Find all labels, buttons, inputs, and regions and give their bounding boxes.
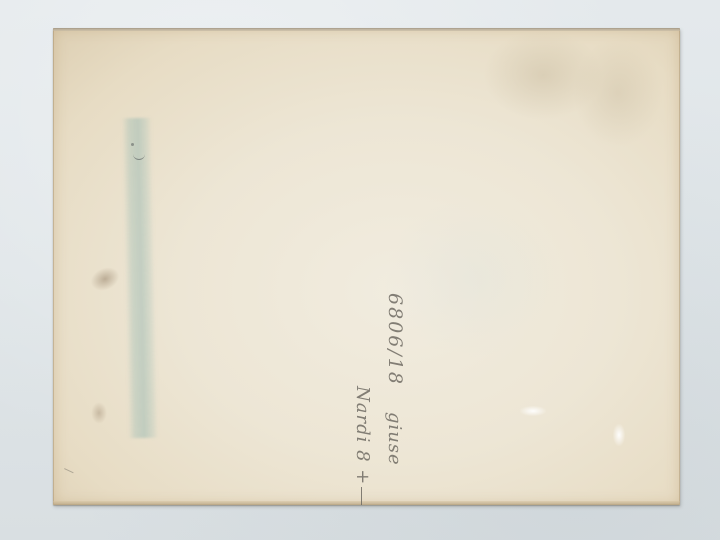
pencil-dash: [362, 487, 363, 505]
foxing-stain: [483, 30, 603, 120]
faded-area: [383, 198, 563, 358]
name-text: Nardi: [352, 386, 373, 443]
reference-number: 6806/18: [384, 293, 406, 386]
card-top-edge: [53, 28, 680, 31]
pencil-tick-mark: [62, 468, 73, 477]
handwritten-reference: 6806/18giuse: [384, 293, 406, 466]
light-glare: [520, 406, 546, 416]
light-glare: [613, 424, 625, 446]
smudge-stain: [91, 402, 107, 424]
pencil-dot: [131, 143, 134, 146]
foxing-stain: [573, 38, 663, 148]
smudge-stain: [87, 263, 123, 296]
handwritten-word: giuse: [384, 412, 405, 466]
card-back: 6806/18giuse Nardi 8 +: [53, 28, 680, 505]
adhesive-residue-strip: [122, 118, 159, 439]
mark-text: 8 +: [352, 450, 373, 485]
handwritten-name: Nardi 8 +: [352, 386, 373, 505]
